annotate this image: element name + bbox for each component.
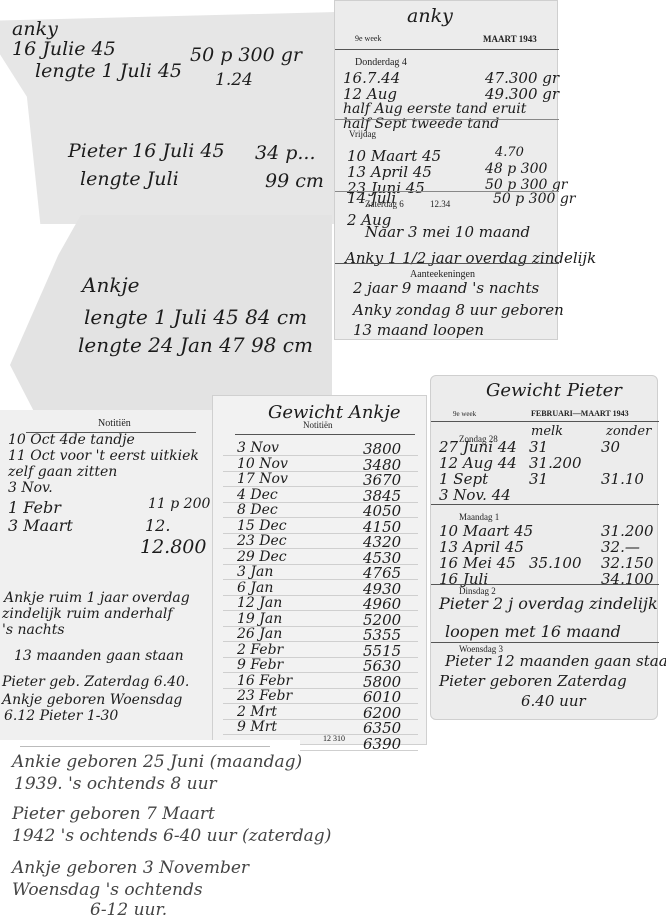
scrap-value: 34 p... (255, 142, 316, 164)
note-line: 6-12 uur. (90, 900, 167, 920)
weight-date: 23 Dec (237, 533, 287, 549)
diary-note: 2 jaar 9 maand 's nachts (353, 279, 539, 297)
note-line: Ankie geboren 25 Juni (maandag) (12, 752, 302, 772)
note-line: 6.12 Pieter 1-30 (4, 708, 118, 724)
entry-value: 12.800 (140, 536, 206, 558)
entry-value: 11 p 200 (148, 496, 210, 512)
weight-date: 2 Mrt (237, 704, 277, 720)
day-label: Zaterdag 6 (365, 199, 404, 209)
entry-date: 1 Febr (8, 498, 61, 517)
note-line: zelf gaan zitten (8, 464, 117, 480)
note-line: Pieter geboren 7 Maart (12, 804, 215, 824)
scrap-line: lengte 24 Jan 47 98 cm (78, 333, 313, 357)
scrap-line: lengte 1 Juli 45 84 cm (84, 305, 307, 329)
weight-value: 6390 (363, 735, 401, 753)
scrap-line: lengte 1 Juli 45 (35, 60, 182, 82)
weight-date: 26 Jan (237, 626, 282, 642)
weight-date: 19 Jan (237, 611, 282, 627)
note-line: 1939. 's ochtends 8 uur (14, 774, 217, 794)
divider (431, 584, 659, 585)
col-header-zonder: zonder (606, 424, 651, 439)
entry-value: 12. (145, 516, 170, 535)
diary-entry-note: half Aug eerste tand eruit (343, 101, 526, 117)
birth-notes: Ankie geboren 25 Juni (maandag) 1939. 's… (0, 740, 300, 923)
col-header-melk: melk (531, 424, 563, 439)
diary-entry-value: 48 p 300 (485, 161, 547, 177)
weight-date: 6 Jan (237, 580, 273, 596)
divider (235, 434, 415, 435)
week-label: 9e week (453, 410, 476, 418)
weight-zonder: 31.10 (601, 470, 644, 488)
scrap-value: 50 p 300 gr (190, 44, 302, 66)
diary-note: 6.40 uur (521, 692, 586, 710)
weight-melk: 35.100 (529, 554, 582, 572)
weight-date: 15 Dec (237, 518, 287, 534)
scrap-line: 16 Julie 45 (12, 38, 116, 60)
diary-note: Anky zondag 8 uur geboren (353, 301, 564, 319)
note-line: 13 maanden gaan staan (14, 648, 184, 664)
time-label: 12.34 (430, 199, 450, 209)
weight-date: 29 Dec (237, 549, 287, 565)
weight-date: 9 Febr (237, 657, 283, 673)
log-title: Gewicht Pieter (486, 380, 622, 401)
notes-header: Notitiën (303, 420, 333, 430)
divider (335, 263, 559, 264)
day-label: Donderdag 4 (355, 57, 407, 68)
divider (335, 119, 559, 120)
divider (20, 746, 270, 747)
footer-number: 12 310 (323, 734, 345, 743)
divider (431, 642, 659, 643)
scrap-value: 1.24 (215, 70, 253, 90)
weight-date: 17 Nov (237, 471, 288, 487)
weight-date: 2 Febr (237, 642, 283, 658)
note-line: 10 Oct 4de tandje (8, 432, 135, 448)
notities-page-left: Notitiën 10 Oct 4de tandje 11 Oct voor '… (0, 410, 218, 740)
diary-note: Pieter 2 j overdag zindelijk (439, 594, 658, 613)
weight-melk: 31 (529, 470, 548, 488)
scrap-line: Pieter 16 Juli 45 (68, 140, 225, 162)
diary-note: Anky 1 1/2 jaar overdag zindelijk (345, 249, 596, 267)
diary-note: loopen met 16 maand (445, 622, 621, 641)
note-line: Ankje ruim 1 jaar overdag (4, 590, 190, 606)
note-scrap-anky-pieter: anky 16 Julie 45 50 p 300 gr lengte 1 Ju… (0, 12, 336, 224)
log-title: Gewicht Ankje (268, 402, 401, 423)
weight-date: 23 Febr (237, 688, 292, 704)
diary-title: anky (407, 5, 453, 27)
diary-note: Naar 3 mei 10 maand (365, 223, 530, 241)
note-line: 3 Nov. (8, 480, 53, 496)
weight-date: 16 Febr (237, 673, 292, 689)
scrap-name: Ankje (82, 273, 139, 297)
note-line: Ankje geboren Woensdag (2, 692, 182, 708)
note-line: Pieter geb. Zaterdag 6.40. (2, 674, 189, 690)
weight-log-ankje: Gewicht Ankje Notitiën 3 Nov380010 Nov34… (212, 395, 427, 745)
diary-note: 13 maand loopen (353, 321, 484, 339)
note-line: 's nachts (2, 622, 65, 638)
diary-note: Pieter 12 maanden gaan staan (445, 652, 666, 670)
weight-date: 3 Nov. 44 (439, 486, 511, 504)
diary-page-anky: anky 9e week MAART 1943 Donderdag 4 16.7… (334, 0, 558, 340)
note-line: Ankje geboren 3 November (12, 858, 249, 878)
weight-zonder: 30 (601, 438, 620, 456)
day-label: Vrijdag (349, 129, 376, 139)
note-line: zindelijk ruim anderhalf (2, 606, 173, 622)
scrap-value: 99 cm (265, 170, 324, 192)
weight-date: 3 Nov (237, 440, 279, 456)
scrap-line: lengte Juli (80, 168, 179, 190)
note-line: 11 Oct voor 't eerst uitkiek (8, 448, 199, 464)
week-label: 9e week (355, 34, 381, 43)
weight-zonder: 34.100 (601, 570, 654, 588)
entry-date: 3 Maart (8, 516, 73, 535)
divider (431, 504, 659, 505)
weight-date: 12 Jan (237, 595, 282, 611)
note-scrap-ankje-length: Ankje lengte 1 Juli 45 84 cm lengte 24 J… (10, 215, 332, 415)
note-line: Woensdag 's ochtends (12, 880, 203, 900)
scrap-name: anky (12, 18, 58, 40)
weight-date: 8 Dec (237, 502, 278, 518)
diary-page-pieter: Gewicht Pieter 9e week FEBRUARI—MAART 19… (430, 375, 658, 720)
note-line: 1942 's ochtends 6-40 uur (zaterdag) (12, 826, 331, 846)
diary-entry-value: 50 p 300 gr (493, 191, 576, 207)
diary-entry-value: 4.70 (495, 145, 524, 160)
weight-date: 10 Nov (237, 456, 288, 472)
weight-date: 9 Mrt (237, 719, 277, 735)
divider (335, 49, 559, 50)
notes-header: Notitiën (98, 418, 131, 429)
divider (431, 421, 659, 422)
month-label: FEBRUARI—MAART 1943 (531, 409, 629, 418)
weight-date: 3 Jan (237, 564, 273, 580)
diary-note: Pieter geboren Zaterdag (439, 672, 627, 690)
weight-date: 4 Dec (237, 487, 278, 503)
month-label: MAART 1943 (483, 34, 537, 44)
day-label: Maandag 1 (459, 512, 499, 522)
